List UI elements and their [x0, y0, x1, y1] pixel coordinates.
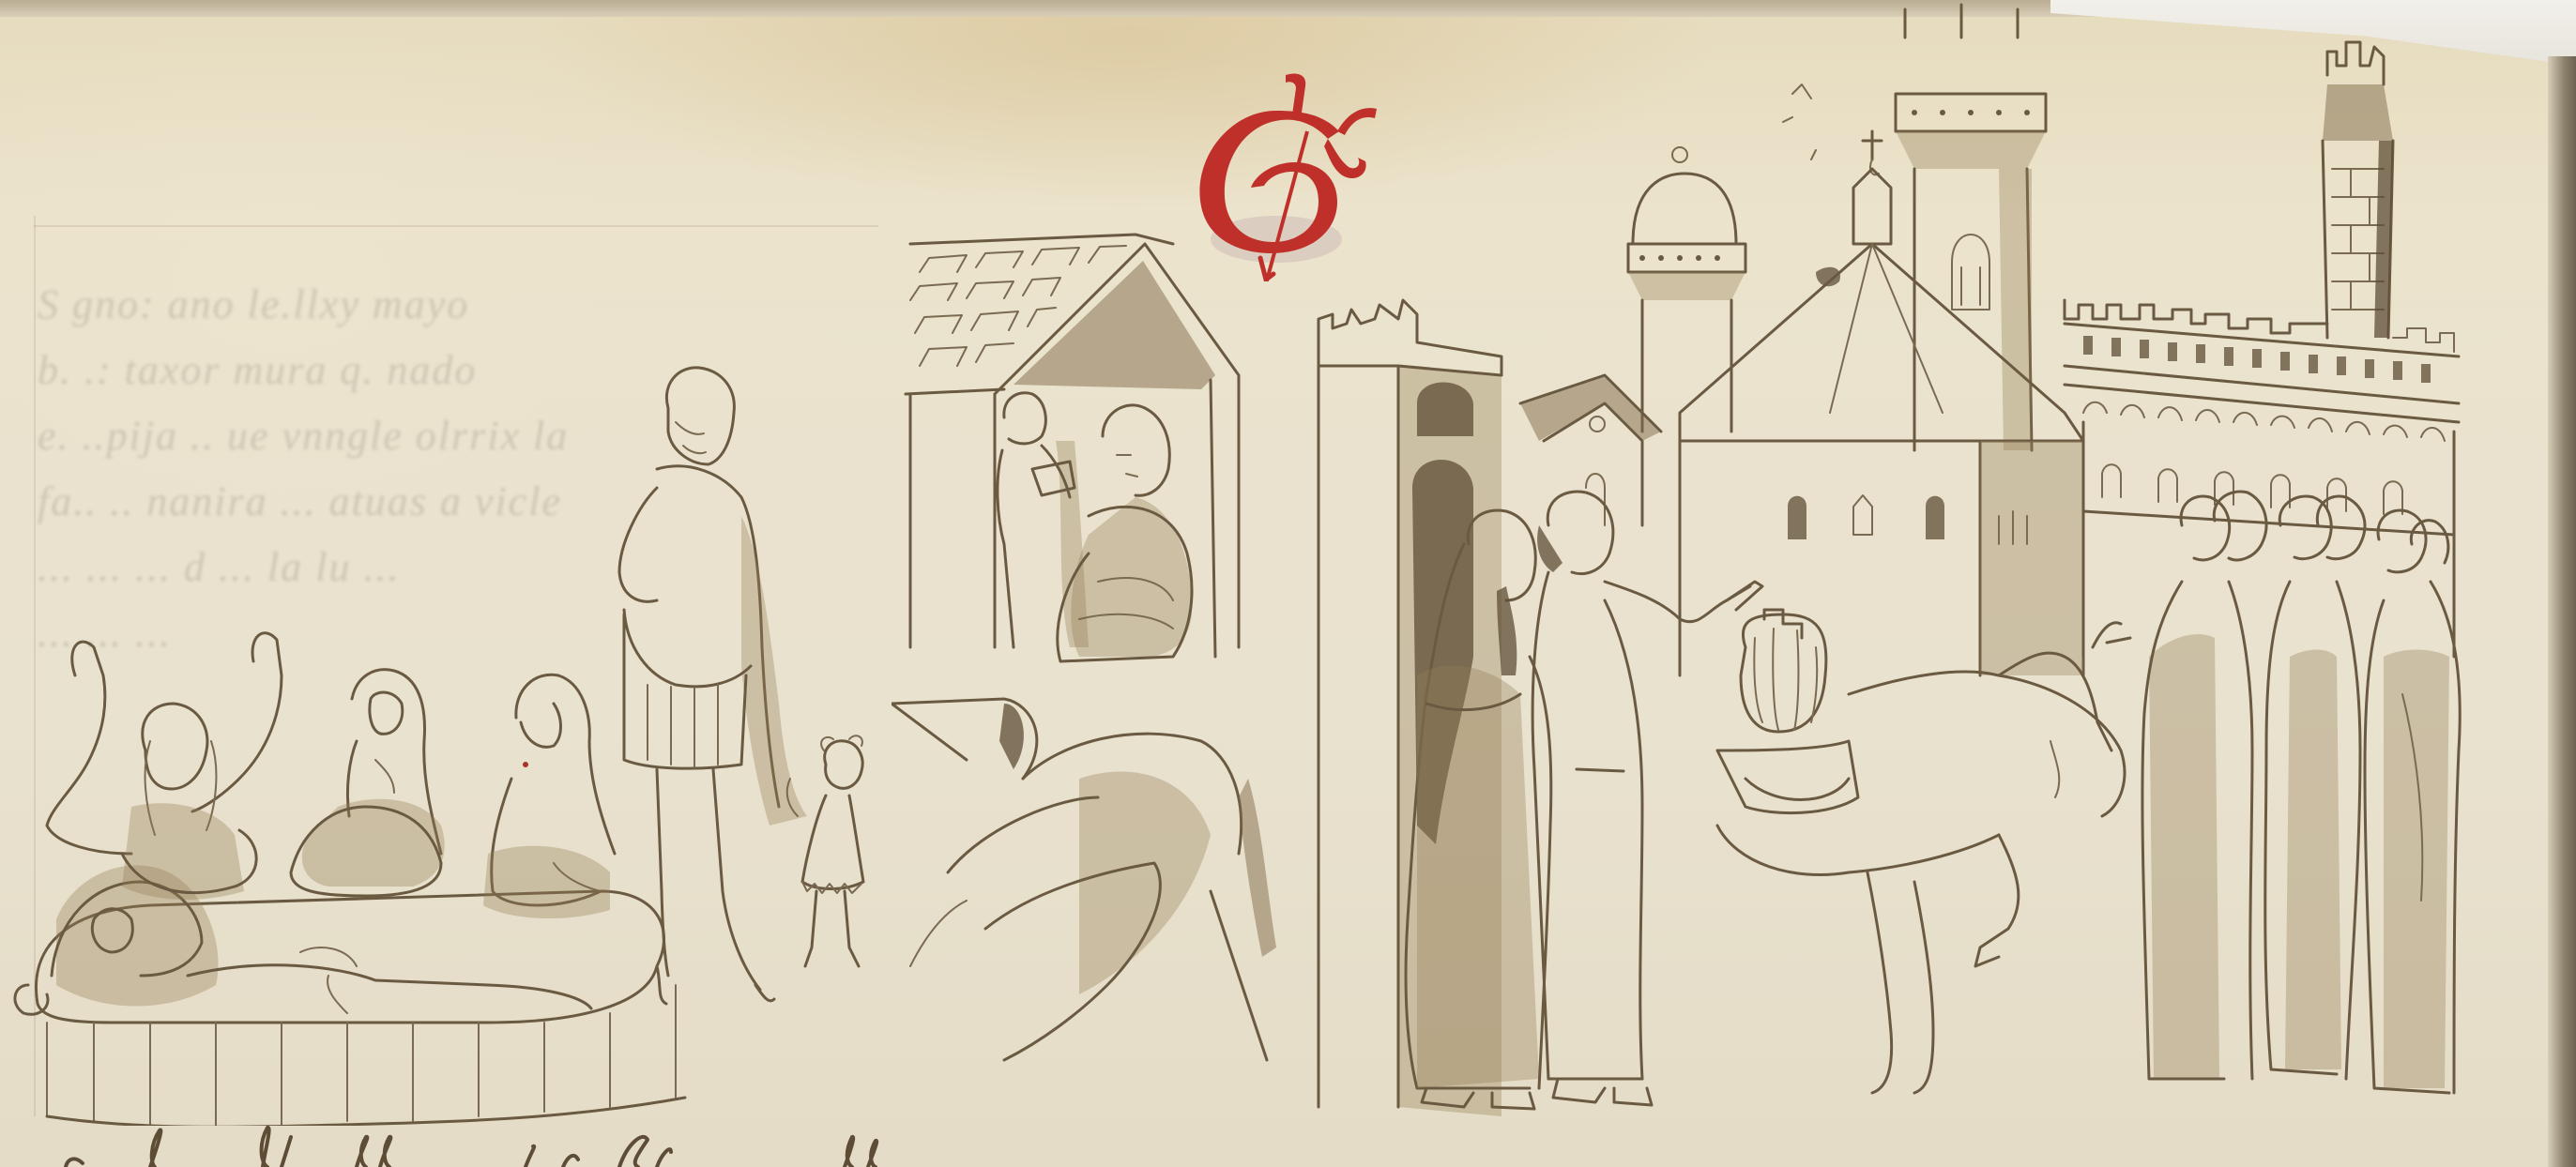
script-ascenders-icon [0, 1126, 2576, 1167]
scene-city [1304, 0, 2506, 1135]
pointing-friar-figure [1532, 492, 1762, 1105]
domed-tower-drawing [1628, 147, 1745, 432]
ghost-line: S gno: ano le.llxy mayo [38, 272, 845, 338]
attending-woman-figure [483, 674, 615, 918]
cross-spire-drawing [1783, 84, 1891, 286]
group-of-women-figures [2142, 492, 2460, 1093]
ruling-line-horizontal [34, 225, 878, 227]
palazzo-window-row [2083, 336, 2431, 383]
rocky-ground-drawing [892, 699, 1276, 1060]
gabled-house-drawing [1520, 375, 1661, 525]
manuscript-page: S gno: ano le.llxy mayo b. .: taxor mura… [0, 0, 2576, 1167]
mourning-woman-figure [47, 633, 282, 900]
text-line-script-fragment [0, 1126, 2576, 1167]
binding-gutter [2548, 56, 2576, 1167]
small-child-figure [787, 735, 863, 966]
standing-young-man-figure [619, 368, 807, 1004]
pack-donkey-figure [1717, 610, 2130, 1093]
bell-tower-drawing [1896, 5, 2046, 450]
scene-birth [0, 366, 901, 1126]
seated-veiled-woman-figure [291, 670, 445, 896]
palazzo-tower-drawing [2065, 42, 2459, 657]
scene-shrine [892, 216, 1304, 1116]
